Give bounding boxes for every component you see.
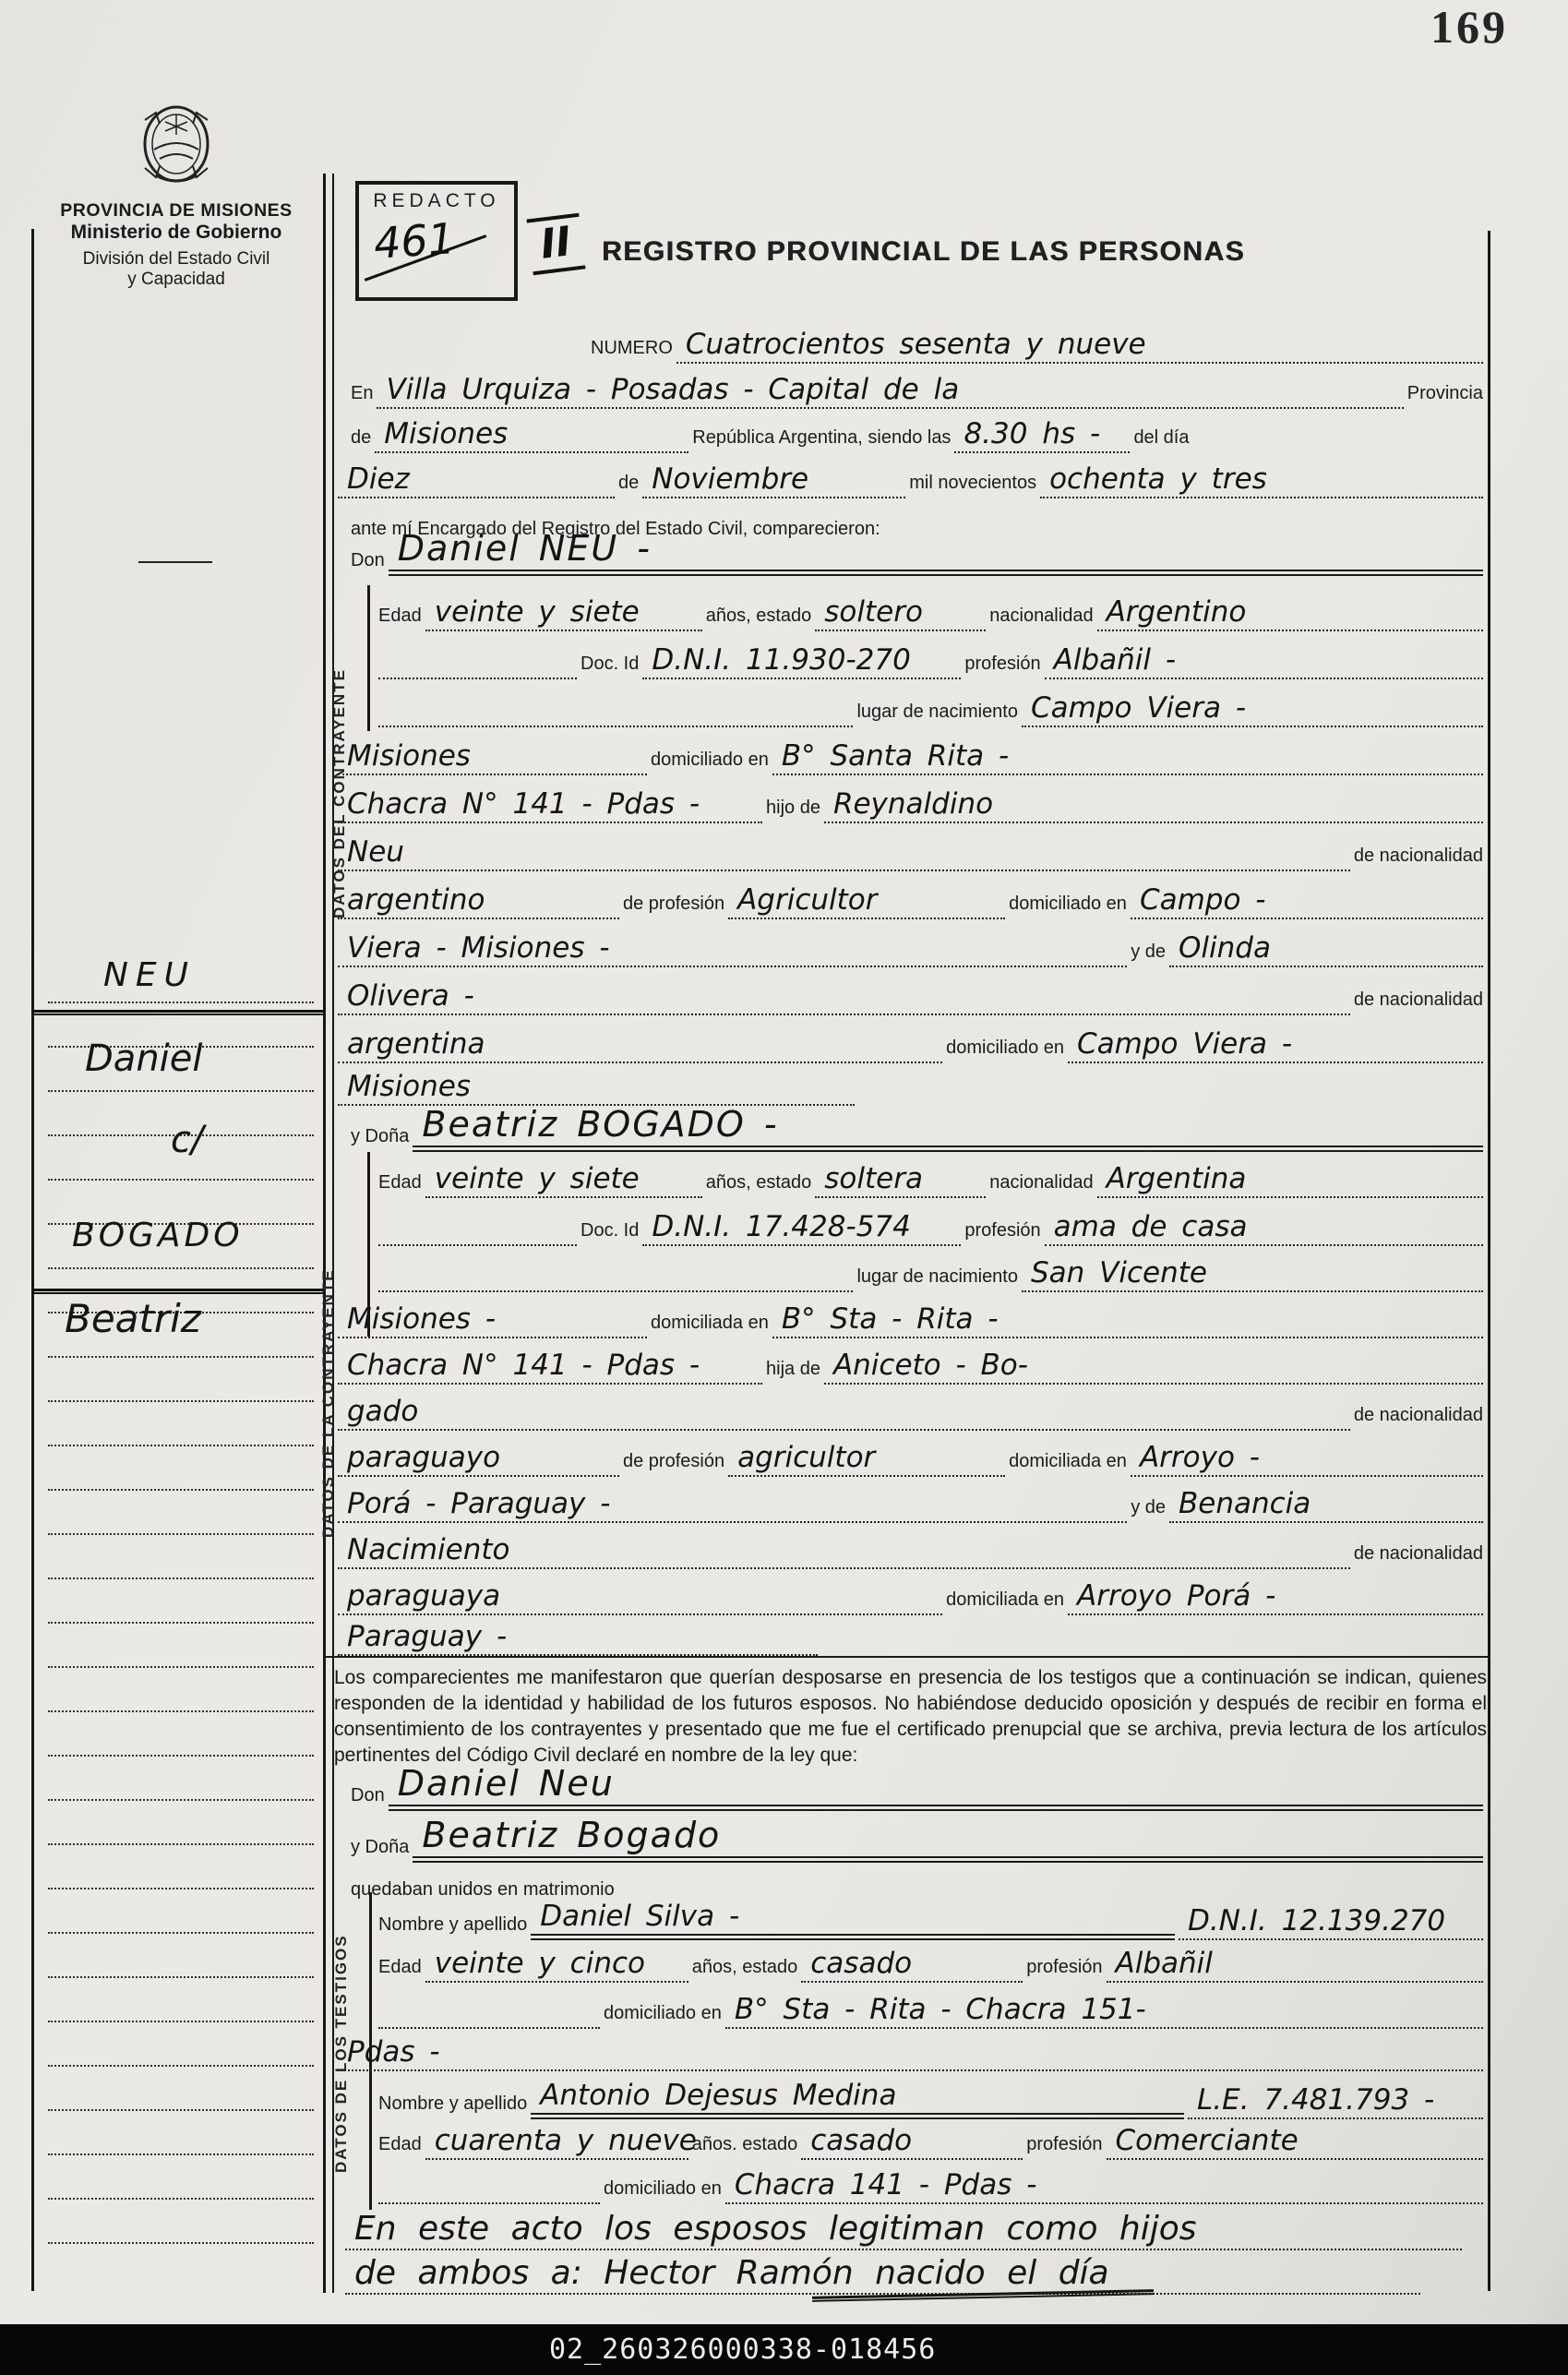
margin-line: [48, 1799, 314, 1801]
bride-birthplace: San Vicente: [1022, 1258, 1483, 1292]
anos-estado-label: años. estado: [692, 2134, 798, 2160]
legitimation-line1: En este acto los esposos legitiman como …: [345, 2212, 1462, 2250]
edad-label: Edad: [378, 2134, 422, 2160]
numero-value: Cuatrocientos sesenta y nueve: [676, 330, 1483, 364]
bride-age: veinte y siete: [425, 1164, 702, 1198]
y-dona-label: y Doña: [351, 1837, 409, 1863]
bride-father: Aniceto - Bo-: [824, 1350, 1483, 1385]
province-row: de Misiones República Argentina, siendo …: [351, 413, 1483, 453]
doc-id-label: Doc. Id: [581, 654, 639, 679]
witness2-profession: Comerciante: [1107, 2126, 1483, 2160]
groom-mother2: Olivera -: [338, 981, 1350, 1015]
groom-name-row: Don Daniel NEU -: [351, 528, 1483, 576]
witness1-name-row: Nombre y apellido Daniel Silva - D.N.I. …: [378, 1896, 1483, 1940]
groom-mother-row: Viera - Misiones - y de Olinda: [338, 927, 1483, 967]
de-label: de: [351, 427, 371, 453]
margin-line: [48, 1090, 314, 1092]
edad-label: Edad: [378, 1172, 422, 1198]
profesion-label: profesión: [1026, 1957, 1102, 1983]
margin-line: [48, 1267, 314, 1269]
declaration-groom-row: Don Daniel Neu: [351, 1763, 1483, 1811]
bride-mother-row: Porá - Paraguay - y de Benancia: [338, 1482, 1483, 1523]
de-nacionalidad-label: de nacionalidad: [1354, 990, 1483, 1015]
groom-estado: soltero: [815, 597, 986, 631]
margin-line: [48, 2153, 314, 2155]
margin-line: [48, 1533, 314, 1535]
bride-section-label: DATOS DE LA CONTRAYENTE: [319, 1182, 338, 1625]
bride-mother-address2-row: Paraguay -: [338, 1615, 818, 1656]
bride-estado: soltera: [815, 1164, 986, 1198]
groom-profession: Albañil -: [1045, 645, 1483, 679]
bride-mother-address: Arroyo Porá -: [1068, 1581, 1483, 1615]
witness1-name: Daniel Silva -: [531, 1901, 1175, 1940]
bride-birthplace-row: lugar de nacimiento San Vicente: [378, 1252, 1483, 1292]
groom-father-detail-row: argentino de profesión Agricultor domici…: [338, 879, 1483, 919]
y-de-label: y de: [1131, 942, 1166, 967]
legitimation-line1-row: En este acto los esposos legitiman como …: [345, 2204, 1462, 2250]
groom-mother: Olinda: [1169, 933, 1483, 967]
don-label: Don: [351, 1785, 385, 1811]
de-nacionalidad-label: de nacionalidad: [1354, 1405, 1483, 1431]
witness2-address: Chacra 141 - Pdas -: [725, 2170, 1483, 2204]
republica-label: República Argentina, siendo las: [692, 427, 951, 453]
witness2-estado: casado: [801, 2126, 1023, 2160]
doc-id-label: Doc. Id: [581, 1220, 639, 1246]
bride-birthplace2: Misiones -: [338, 1304, 647, 1338]
witness1-address2: Pdas -: [338, 2037, 1483, 2071]
profesion-label: profesión: [964, 654, 1040, 679]
don-label: Don: [351, 550, 385, 576]
de-profesion-label: de profesión: [623, 1451, 724, 1477]
margin-line: [48, 1888, 314, 1889]
declaration-paragraph: Los comparecientes me manifestaron que q…: [325, 1656, 1490, 1769]
mil-novecientos-label: mil novecientos: [909, 473, 1036, 498]
groom-age-row: Edad veinte y siete años, estado soltero…: [378, 591, 1483, 631]
groom-mother-address: Campo Viera -: [1068, 1029, 1483, 1063]
nacionalidad-label: nacionalidad: [989, 1172, 1093, 1198]
lugar-nacimiento-label: lugar de nacimiento: [856, 702, 1018, 727]
margin-line: [48, 1179, 314, 1181]
groom-father-nationality: argentino: [338, 885, 619, 919]
bride-father2-row: gado de nacionalidad: [338, 1390, 1483, 1431]
margin-line: [48, 1843, 314, 1845]
bride-address-row: Misiones - domiciliada en B° Sta - Rita …: [338, 1298, 1483, 1338]
margin-line: [48, 1577, 314, 1579]
scan-code: 02_260326000338-018456: [0, 2324, 1568, 2375]
margin-left-rule: [31, 229, 34, 2291]
margin-line: [48, 1976, 314, 1978]
groom-mother-nationality: argentina: [338, 1029, 942, 1063]
groom-birthplace: Campo Viera -: [1022, 693, 1483, 727]
page-number: 169: [1430, 0, 1508, 54]
margin-line: [48, 1002, 314, 1003]
nombre-apellido-label: Nombre y apellido: [378, 2093, 527, 2119]
de-nacionalidad-label: de nacionalidad: [1354, 846, 1483, 871]
edad-label: Edad: [378, 1957, 422, 1983]
province-seal-icon: [132, 103, 221, 188]
redacto-stamp-box: REDACTO 461: [355, 181, 518, 301]
domiciliada-label: domiciliada en: [946, 1589, 1064, 1615]
groom-doc-row: Doc. Id D.N.I. 11.930-270 profesión Alba…: [378, 639, 1483, 679]
month-value: Noviembre: [642, 464, 905, 498]
witness2-age-row: Edad cuarenta y nueve años. estado casad…: [378, 2119, 1483, 2160]
bride-doc-row: Doc. Id D.N.I. 17.428-574 profesión ama …: [378, 1205, 1483, 1246]
groom-mother2-row: Olivera - de nacionalidad: [338, 975, 1483, 1015]
de-profesion-label: de profesión: [623, 894, 724, 919]
de-nacionalidad-label: de nacionalidad: [1354, 1543, 1483, 1569]
numero-row: NUMERO Cuatrocientos sesenta y nueve: [591, 323, 1483, 364]
margin-name-groom: Daniel: [85, 1038, 203, 1080]
bride-mother-nationality: paraguaya: [338, 1581, 942, 1615]
margin-name-bride: Beatriz: [65, 1296, 201, 1341]
blank-segment: [378, 1290, 853, 1292]
org-line-1: PROVINCIA DE MISIONES: [28, 200, 325, 222]
groom-section-rule: [367, 585, 370, 731]
margin-line: [48, 1489, 314, 1491]
sidebar-letterhead: PROVINCIA DE MISIONES Ministerio de Gobi…: [28, 103, 325, 290]
witness1-address-row: domiciliado en B° Sta - Rita - Chacra 15…: [378, 1988, 1483, 2029]
bride-nationality: Argentina: [1097, 1164, 1483, 1198]
profesion-label: profesión: [1026, 2134, 1102, 2160]
margin-line: [48, 1356, 314, 1358]
margin-surname-bride: BOGADO: [72, 1217, 244, 1254]
witness2-name: Antonio Dejesus Medina: [531, 2081, 1184, 2119]
margin-separator-top: [31, 1010, 325, 1015]
bride-name-row: y Doña Beatriz BOGADO -: [351, 1104, 1483, 1152]
blank-segment: [378, 2027, 600, 2029]
legitimation-line2-row: de ambos a: Hector Ramón nacido el día: [345, 2249, 1420, 2295]
year-value: ochenta y tres: [1040, 464, 1483, 498]
bride-mother-detail-row: paraguaya domiciliada en Arroyo Porá -: [338, 1575, 1483, 1615]
form-title: REGISTRO PROVINCIAL DE LAS PERSONAS: [602, 236, 1245, 268]
declaration-groom: Daniel Neu: [389, 1766, 1483, 1811]
legitimation-line2: de ambos a: Hector Ramón nacido el día: [345, 2256, 1420, 2295]
bride-doc: D.N.I. 17.428-574: [642, 1212, 961, 1246]
edad-label: Edad: [378, 606, 422, 631]
bride-father-nationality: paraguayo: [338, 1443, 619, 1477]
domiciliado-label: domiciliado en: [1009, 894, 1127, 919]
scan-footer-bar: 02_260326000338-018456: [0, 2324, 1568, 2375]
domiciliada-label: domiciliada en: [651, 1313, 769, 1338]
witness1-age-row: Edad veinte y cinco años, estado casado …: [378, 1942, 1483, 1983]
form-right-rule: [1488, 231, 1490, 2291]
witness2-doc: L.E. 7.481.793 -: [1188, 2085, 1483, 2119]
time-value: 8.30 hs -: [954, 419, 1130, 453]
domiciliado-label: domiciliado en: [604, 2178, 722, 2204]
margin-line: [48, 1710, 314, 1712]
org-line-2: Ministerio de Gobierno: [28, 222, 325, 244]
witness1-address2-row: Pdas -: [338, 2031, 1483, 2071]
civil-registry-scan: 169 PROVINCIA DE MISIONES Ministerio de …: [0, 0, 1568, 2375]
witness2-age: cuarenta y nueve: [425, 2126, 688, 2160]
blank-segment: [378, 678, 577, 679]
sidebar-divider: [138, 561, 212, 563]
domiciliado-label: domiciliado en: [604, 2003, 722, 2029]
witness1-age: veinte y cinco: [425, 1949, 688, 1983]
declaration-bride: Beatriz Bogado: [413, 1817, 1483, 1863]
groom-father-row: Chacra N° 141 - Pdas - hijo de Reynaldin…: [338, 783, 1483, 823]
witness1-estado: casado: [801, 1949, 1023, 1983]
anos-estado-label: años, estado: [706, 606, 812, 631]
bride-address2: Chacra N° 141 - Pdas -: [338, 1350, 762, 1385]
groom-address: B° Santa Rita -: [772, 741, 1483, 775]
domiciliado-label: domiciliado en: [651, 750, 769, 775]
bride-mother: Benancia: [1169, 1489, 1483, 1523]
margin-surname-groom: NEU: [103, 956, 196, 994]
place-row: En Villa Urquiza - Posadas - Capital de …: [351, 368, 1483, 409]
margin-line: [48, 1755, 314, 1757]
groom-father2: Neu: [338, 837, 1350, 871]
hijo-de-label: hijo de: [766, 798, 820, 823]
y-dona-label: y Doña: [351, 1126, 409, 1152]
groom-address2: Chacra N° 141 - Pdas -: [338, 789, 762, 823]
day-value: Diez: [338, 464, 615, 498]
domiciliada-label: domiciliada en: [1009, 1451, 1127, 1477]
witness2-address-row: domiciliado en Chacra 141 - Pdas -: [378, 2164, 1483, 2204]
bride-mother2: Nacimiento: [338, 1535, 1350, 1569]
groom-father2-row: Neu de nacionalidad: [338, 831, 1483, 871]
org-line-3: División del Estado Civil: [28, 249, 325, 270]
en-label: En: [351, 383, 373, 409]
bride-father-address: Arroyo -: [1131, 1443, 1483, 1477]
org-line-4: y Capacidad: [28, 270, 325, 290]
bride-profession: ama de casa: [1045, 1212, 1483, 1246]
lugar-nacimiento-label: lugar de nacimiento: [856, 1266, 1018, 1292]
groom-birthplace-row: lugar de nacimiento Campo Viera -: [378, 687, 1483, 727]
margin-line: [48, 1932, 314, 1934]
margin-line: [48, 2109, 314, 2111]
redacto-label: REDACTO: [359, 190, 514, 212]
bride-father2: gado: [338, 1397, 1350, 1431]
margin-line: [48, 2021, 314, 2022]
groom-mother-address2-row: Misiones: [338, 1065, 855, 1106]
margin-line: [48, 2198, 314, 2200]
groom-birthplace2: Misiones: [338, 741, 647, 775]
margin-line: [48, 1400, 314, 1402]
groom-address-row: Misiones domiciliado en B° Santa Rita -: [338, 735, 1483, 775]
domiciliado-label: domiciliado en: [946, 1038, 1064, 1063]
margin-separator-bottom: [31, 1289, 325, 1294]
witness1-profession: Albañil: [1107, 1949, 1483, 1983]
bride-mother2-row: Nacimiento de nacionalidad: [338, 1529, 1483, 1569]
del-dia-label: del día: [1133, 427, 1189, 453]
blank-segment: [378, 1244, 577, 1246]
groom-age: veinte y siete: [425, 597, 702, 631]
nacionalidad-label: nacionalidad: [989, 606, 1093, 631]
bride-address: B° Sta - Rita -: [772, 1304, 1483, 1338]
groom-father-profession: Agricultor: [728, 885, 1005, 919]
groom-mother-detail-row: argentina domiciliado en Campo Viera -: [338, 1023, 1483, 1063]
groom-nationality: Argentino: [1097, 597, 1483, 631]
place-value: Villa Urquiza - Posadas - Capital de la: [377, 375, 1403, 409]
province-value: Misiones: [375, 419, 688, 453]
groom-father: Reynaldino: [824, 789, 1483, 823]
bride-father-detail-row: paraguayo de profesión agricultor domici…: [338, 1436, 1483, 1477]
numero-label: NUMERO: [591, 338, 673, 364]
profesion-label: profesión: [964, 1220, 1040, 1246]
hija-de-label: hija de: [766, 1359, 820, 1385]
groom-name-value: Daniel NEU -: [389, 531, 1483, 576]
margin-line: [48, 2065, 314, 2067]
margin-line: [48, 1666, 314, 1668]
witness1-doc: D.N.I. 12.139.270: [1179, 1906, 1483, 1940]
de-label-2: de: [618, 473, 639, 498]
date-row: Diez de Noviembre mil novecientos ochent…: [338, 458, 1483, 498]
book-numeral: II: [526, 213, 585, 275]
blank-segment: [378, 726, 853, 727]
anos-estado-label: años, estado: [706, 1172, 812, 1198]
margin-line: [48, 1445, 314, 1446]
groom-mother-address2: Misiones: [338, 1072, 855, 1106]
provincia-label: Provincia: [1407, 383, 1483, 409]
witness2-name-row: Nombre y apellido Antonio Dejesus Medina…: [378, 2075, 1483, 2119]
bride-father-row: Chacra N° 141 - Pdas - hija de Aniceto -…: [338, 1344, 1483, 1385]
bride-mother-address2: Paraguay -: [338, 1622, 818, 1656]
bride-father-profession: agricultor: [728, 1443, 1005, 1477]
margin-versus: c/: [171, 1119, 203, 1161]
declaration-bride-row: y Doña Beatriz Bogado: [351, 1815, 1483, 1863]
nombre-apellido-label: Nombre y apellido: [378, 1914, 527, 1940]
groom-father-address2: Viera - Misiones -: [338, 933, 1127, 967]
anos-estado-label: años, estado: [692, 1957, 798, 1983]
bride-father-address2: Porá - Paraguay -: [338, 1489, 1127, 1523]
bride-age-row: Edad veinte y siete años, estado soltera…: [378, 1158, 1483, 1198]
y-de-label: y de: [1131, 1497, 1166, 1523]
witness1-address: B° Sta - Rita - Chacra 151-: [725, 1995, 1483, 2029]
groom-father-address: Campo -: [1131, 885, 1483, 919]
margin-line: [48, 1622, 314, 1624]
bride-name-value: Beatriz BOGADO -: [413, 1107, 1483, 1152]
margin-line: [48, 2242, 314, 2244]
groom-doc: D.N.I. 11.930-270: [642, 645, 961, 679]
